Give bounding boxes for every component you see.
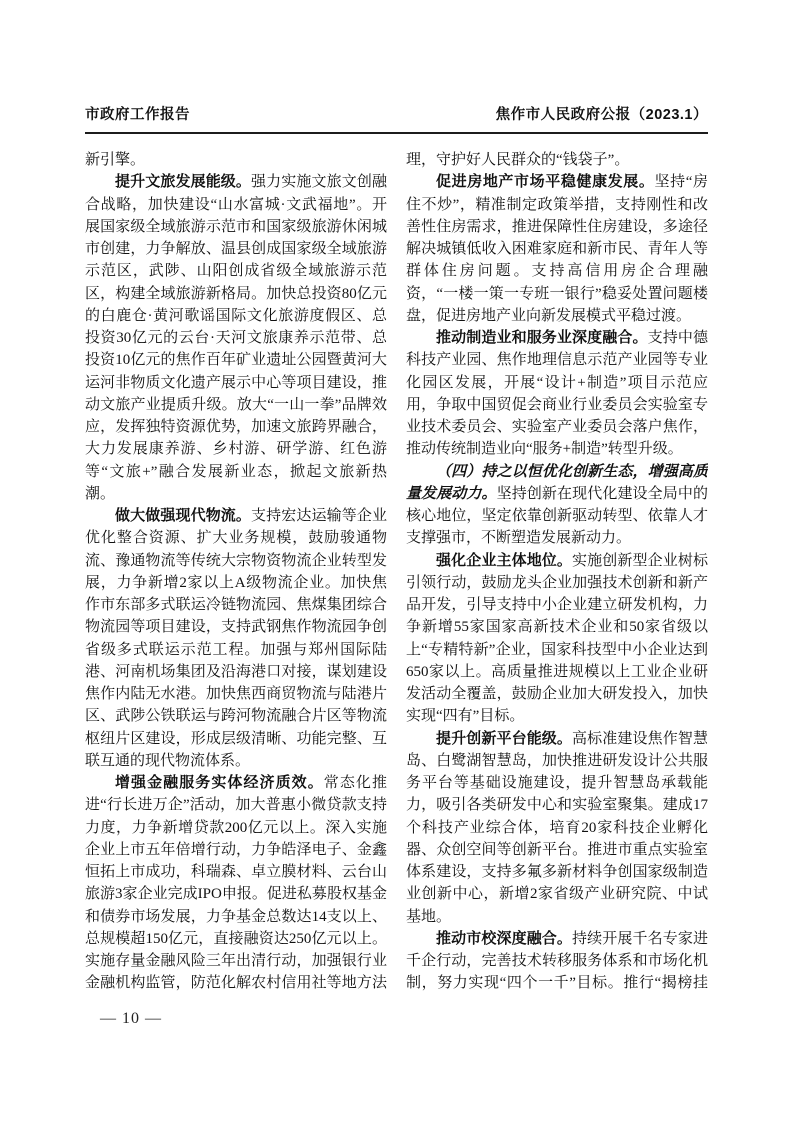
paragraph-lead: 增强金融服务实体经济质效。	[115, 774, 324, 791]
page-number: — 10 —	[100, 1010, 162, 1028]
text-column-left: 新引擎。 提升文旅发展能级。强力实施文旅文创融合战略，加快建设“山水富城·文武福…	[85, 149, 387, 997]
paragraph-text: 支持宏达运输等企业优化整合资源、扩大业务规模，鼓励骏通物流、豫通物流等传统大宗物…	[85, 508, 387, 769]
paragraph-text: 理，守护好人民群众的“钱袋子”。	[406, 152, 629, 168]
paragraph-text: 高标准建设焦作智慧岛、白鹭湖智慧岛，加快推进研发设计公共服务平台等基础设施建设，…	[406, 731, 708, 925]
paragraph-text: 实施创新型企业树标引领行动，鼓励龙头企业加强技术创新和新产品开发，引导支持中小企…	[406, 553, 708, 725]
paragraph: 提升文旅发展能级。强力实施文旅文创融合战略，加快建设“山水富城·文武福地”。开展…	[85, 171, 387, 505]
paragraph-text: 支持中德科技产业园、焦作地理信息示范产业园等专业化园区发展，开展“设计+制造”项…	[406, 330, 708, 457]
paragraph-lead: 提升创新平台能级。	[436, 730, 572, 747]
paragraph-continuation: 理，守护好人民群众的“钱袋子”。	[406, 149, 708, 171]
paragraph-lead: 做大做强现代物流。	[115, 507, 251, 524]
paragraph: 强化企业主体地位。实施创新型企业树标引领行动，鼓励龙头企业加强技术创新和新产品开…	[406, 550, 708, 728]
text-column-right: 理，守护好人民群众的“钱袋子”。 促进房地产市场平稳健康发展。坚持“房住不炒”，…	[406, 149, 708, 997]
paragraph: 提升创新平台能级。高标准建设焦作智慧岛、白鹭湖智慧岛，加快推进研发设计公共服务平…	[406, 728, 708, 928]
paragraph-text: 常态化推进“行长进万企”活动，加大普惠小微贷款支持力度，力争新增贷款200亿元以…	[85, 775, 387, 997]
paragraph: 推动制造业和服务业深度融合。支持中德科技产业园、焦作地理信息示范产业园等专业化园…	[406, 327, 708, 461]
paragraph-lead: 促进房地产市场平稳健康发展。	[436, 173, 655, 190]
paragraph: 促进房地产市场平稳健康发展。坚持“房住不炒”，精准制定政策举措，支持刚性和改善性…	[406, 171, 708, 327]
paragraph-lead: 提升文旅发展能级。	[115, 173, 251, 190]
paragraph-lead: 强化企业主体地位。	[436, 552, 572, 569]
paragraph-text: 强力实施文旅文创融合战略，加快建设“山水富城·文武福地”。开展国家级全域旅游示范…	[85, 174, 387, 502]
paragraph-text: 新引擎。	[85, 152, 145, 168]
paragraph-lead: 推动制造业和服务业深度融合。	[436, 329, 648, 346]
document-body: 新引擎。 提升文旅发展能级。强力实施文旅文创融合战略，加快建设“山水富城·文武福…	[85, 149, 708, 997]
running-head: 市政府工作报告 焦作市人民政府公报（2023.1）	[85, 106, 708, 134]
paragraph-section-heading: （四）持之以恒优化创新生态，增强高质量发展动力。坚持创新在现代化建设全局中的核心…	[406, 461, 708, 550]
running-head-left: 市政府工作报告	[85, 106, 190, 124]
paragraph-lead: 推动市校深度融合。	[436, 930, 572, 947]
gazette-page: 市政府工作报告 焦作市人民政府公报（2023.1） 新引擎。 提升文旅发展能级。…	[0, 0, 793, 1122]
paragraph-text: 坚持“房住不炒”，精准制定政策举措，支持刚性和改善性住房需求，推进保障性住房建设…	[406, 174, 708, 324]
paragraph: 推动市校深度融合。持续开展千名专家进千企行动，完善技术转移服务体系和市场化机制，…	[406, 928, 708, 997]
paragraph-continuation: 新引擎。	[85, 149, 387, 171]
paragraph: 做大做强现代物流。支持宏达运输等企业优化整合资源、扩大业务规模，鼓励骏通物流、豫…	[85, 505, 387, 772]
running-head-right: 焦作市人民政府公报（2023.1）	[496, 106, 708, 124]
paragraph: 增强金融服务实体经济质效。常态化推进“行长进万企”活动，加大普惠小微贷款支持力度…	[85, 772, 387, 997]
